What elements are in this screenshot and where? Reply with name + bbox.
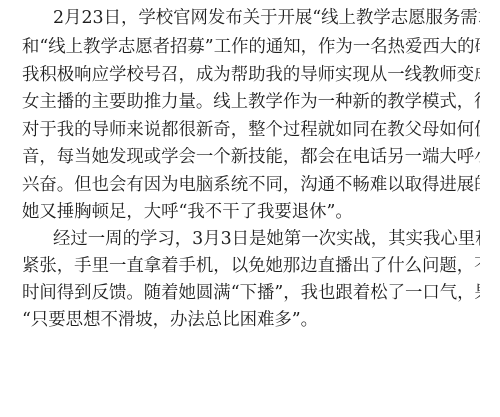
text-line: 经过一周的学习，3月3日是她第一次实战，其实我心里和她一样	[53, 225, 480, 253]
text-line: 女主播的主要助推力量。线上教学作为一种新的教学模式，很多操作	[22, 88, 480, 116]
text-line: 音，每当她发现或学会一个新技能，都会在电话另一端大呼小叫以示	[22, 143, 480, 171]
document-page: 2月23日，学校官网发布关于开展“线上教学志愿服务需求征集” 和“线上教学志愿者…	[0, 0, 500, 417]
text-line: 兴奋。但也会有因为电脑系统不同，沟通不畅难以取得进展的时候，	[22, 171, 480, 199]
text-line	[53, 306, 480, 334]
text-line: 我积极响应学校号召，成为帮助我的导师实现从一线教师变成十八线	[22, 61, 480, 89]
text-line: 紧张，手里一直拿着手机，以免她那边直播出了什么问题，不能第一	[22, 252, 480, 280]
text-line: 对于我的导师来说都很新奇，整个过程就如同在教父母如何使用抖	[22, 116, 480, 144]
text-line: 她又捶胸顿足，大呼“我不干了我要退休”。	[22, 198, 480, 226]
text-line: 时间得到反馈。随着她圆满“下播”，我也跟着松了一口气，果然是	[22, 279, 480, 307]
text-line: 2月23日，学校官网发布关于开展“线上教学志愿服务需求征集”	[53, 4, 480, 32]
text-line: 和“线上教学志愿者招募”工作的通知，作为一名热爱西大的研究生，	[22, 33, 480, 61]
